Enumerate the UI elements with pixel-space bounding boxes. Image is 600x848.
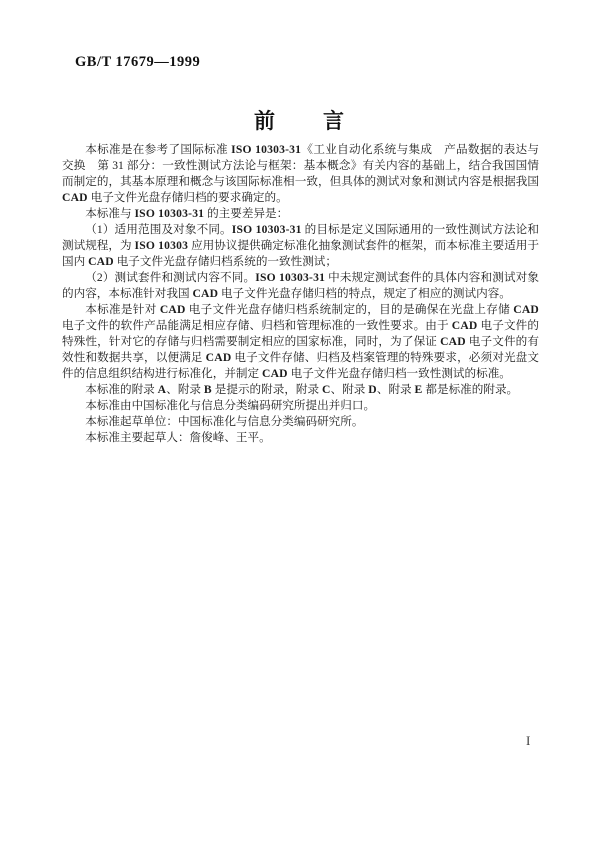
emphasized-term: CAD (88, 255, 114, 268)
body-text: 、附录 (331, 383, 369, 396)
emphasized-term: CAD (62, 191, 88, 204)
body-text: 本标准由中国标准化与信息分类编码研究所提出并归口。 (85, 399, 375, 412)
emphasized-term: CAD (160, 303, 186, 316)
page-title: 前 言 (0, 105, 600, 135)
page-number: I (526, 733, 530, 749)
body-text: 的主要差异是： (204, 207, 288, 220)
paragraph: （1）适用范围及对象不同。ISO 10303-31 的目标是定义国际通用的一致性… (62, 222, 539, 270)
document-body: 本标准是在参考了国际标准 ISO 10303-31《工业自动化系统与集成 产品数… (62, 142, 539, 446)
emphasized-term: CAD (513, 303, 539, 316)
emphasized-term: C (322, 383, 331, 396)
emphasized-term: CAD (192, 287, 218, 300)
paragraph: 本标准起草单位：中国标准化与信息分类编码研究所。 (62, 414, 539, 430)
emphasized-term: CAD (440, 335, 466, 348)
body-text: 电子文件的软件产品能满足相应存储、归档和管理标准的一致性要求。由于 (62, 319, 452, 332)
body-text: 电子文件光盘存储归档一致性测试的标准。 (288, 367, 511, 380)
emphasized-term: ISO 10303 (135, 239, 189, 252)
emphasized-term: ISO 10303-31 (232, 223, 302, 236)
body-text: 电子文件光盘存储归档的特点，规定了相应的测试内容。 (218, 287, 511, 300)
emphasized-term: B (204, 383, 212, 396)
body-text: 本标准起草单位：中国标准化与信息分类编码研究所。 (85, 415, 363, 428)
body-text: 是提示的附录，附录 (212, 383, 322, 396)
body-text: （2）测试套件和测试内容不同。 (85, 271, 255, 284)
body-text: （1）适用范围及对象不同。 (85, 223, 232, 236)
body-text: 电子文件光盘存储归档的要求确定的。 (88, 191, 288, 204)
emphasized-term: A (158, 383, 167, 396)
emphasized-term: CAD (262, 367, 288, 380)
emphasized-term: CAD (206, 351, 232, 364)
paragraph: 本标准的附录 A、附录 B 是提示的附录，附录 C、附录 D、附录 E 都是标准… (62, 382, 539, 398)
body-text: 都是标准的附录。 (422, 383, 518, 396)
paragraph: 本标准主要起草人：詹俊峰、王平。 (62, 430, 539, 446)
body-text: 本标准主要起草人：詹俊峰、王平。 (85, 431, 271, 444)
body-text: 电子文件光盘存储归档系统制定的，目的是确保在光盘上存储 (186, 303, 514, 316)
emphasized-term: CAD (452, 319, 478, 332)
document-page: GB/T 17679—1999 前 言 本标准是在参考了国际标准 ISO 103… (0, 0, 600, 848)
paragraph: 本标准与 ISO 10303-31 的主要差异是： (62, 206, 539, 222)
body-text: 、附录 (377, 383, 415, 396)
body-text: 电子文件光盘存储归档系统的一致性测试； (114, 255, 337, 268)
standard-code: GB/T 17679—1999 (75, 54, 200, 71)
emphasized-term: D (368, 383, 377, 396)
paragraph: 本标准是在参考了国际标准 ISO 10303-31《工业自动化系统与集成 产品数… (62, 142, 539, 206)
paragraph: 本标准由中国标准化与信息分类编码研究所提出并归口。 (62, 398, 539, 414)
paragraph: 本标准是针对 CAD 电子文件光盘存储归档系统制定的，目的是确保在光盘上存储 C… (62, 302, 539, 382)
body-text: 、附录 (166, 383, 204, 396)
paragraph: （2）测试套件和测试内容不同。ISO 10303-31 中未规定测试套件的具体内… (62, 270, 539, 302)
emphasized-term: ISO 10303-31 (134, 207, 204, 220)
body-text: 本标准的附录 (85, 383, 157, 396)
body-text: 本标准是在参考了国际标准 (85, 143, 231, 156)
body-text: 本标准与 (85, 207, 134, 220)
emphasized-term: ISO 10303-31 (231, 143, 301, 156)
body-text: 本标准是针对 (85, 303, 160, 316)
emphasized-term: ISO 10303-31 (255, 271, 325, 284)
